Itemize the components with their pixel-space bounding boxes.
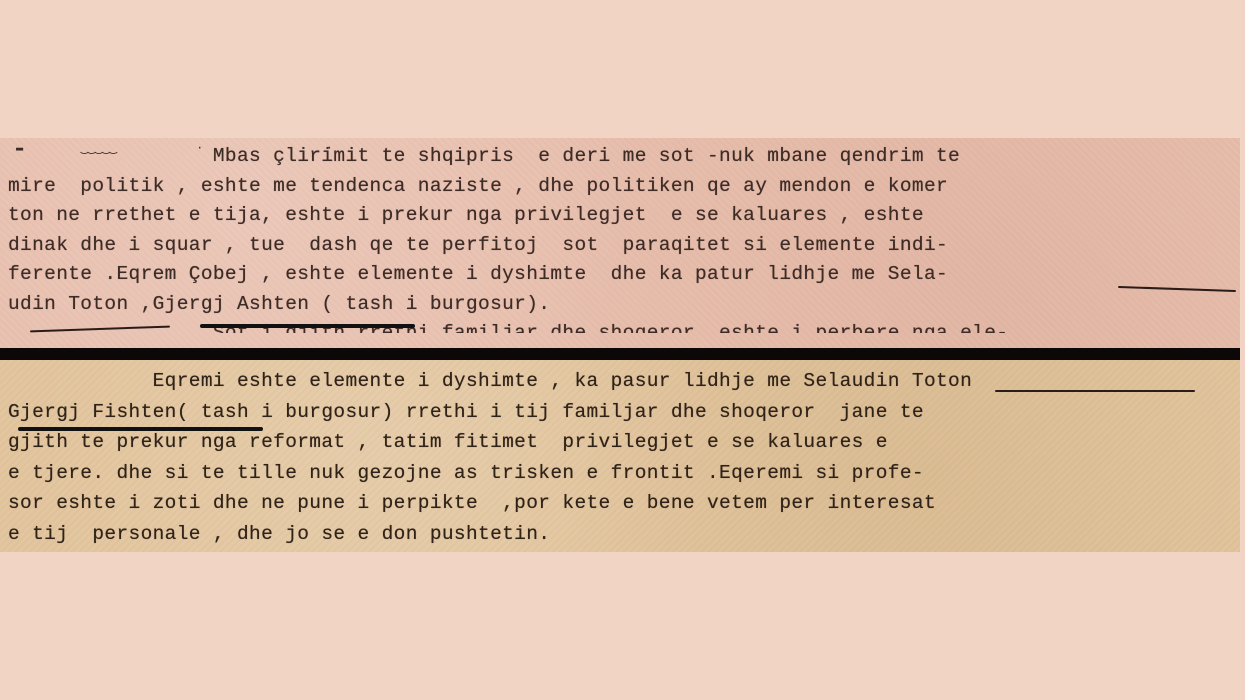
text-line: dinak dhe i squar , tue dash qe te perfi… <box>8 231 1240 261</box>
text-line: ton ne rrethet e tija, eshte i prekur ng… <box>8 201 1240 231</box>
text-line-cut-off: Sot i gjith rrethi familjar dhe shoqeror… <box>8 319 1240 333</box>
typewritten-text-bottom: Eqremi eshte elemente i dyshimte , ka pa… <box>8 366 1240 549</box>
underline-mark-gjergj-ashten <box>200 324 415 328</box>
underline-mark-selaudin-toton <box>995 390 1195 392</box>
text-line: gjith te prekur nga reformat , tatim fit… <box>8 427 1240 458</box>
underline-mark-gjergj-fishten <box>18 427 263 431</box>
document-excerpt-bottom: Eqremi eshte elemente i dyshimte , ka pa… <box>0 360 1240 552</box>
text-line: mire politik , eshte me tendenca naziste… <box>8 172 1240 202</box>
text-line: e tij personale , dhe jo se e don pushte… <box>8 519 1240 550</box>
text-line: sor eshte i zoti dhe ne pune i perpikte … <box>8 488 1240 519</box>
typewritten-text-top: Mbas çlirimit te shqipris e deri me sot … <box>8 142 1240 333</box>
text-line: udin Toton ,Gjergj Ashten ( tash i burgo… <box>8 290 1240 320</box>
text-line: Gjergj Fishten( tash i burgosur) rrethi … <box>8 397 1240 428</box>
text-line: e tjere. dhe si te tille nuk gezojne as … <box>8 458 1240 489</box>
text-line: Mbas çlirimit te shqipris e deri me sot … <box>8 142 1240 172</box>
text-line: ferente .Eqrem Çobej , eshte elemente i … <box>8 260 1240 290</box>
section-divider-bar <box>0 348 1240 360</box>
document-excerpt-top: ▬ ‿‿‿‿‿ · · Mbas çlirimit te shqipris e … <box>0 138 1240 349</box>
